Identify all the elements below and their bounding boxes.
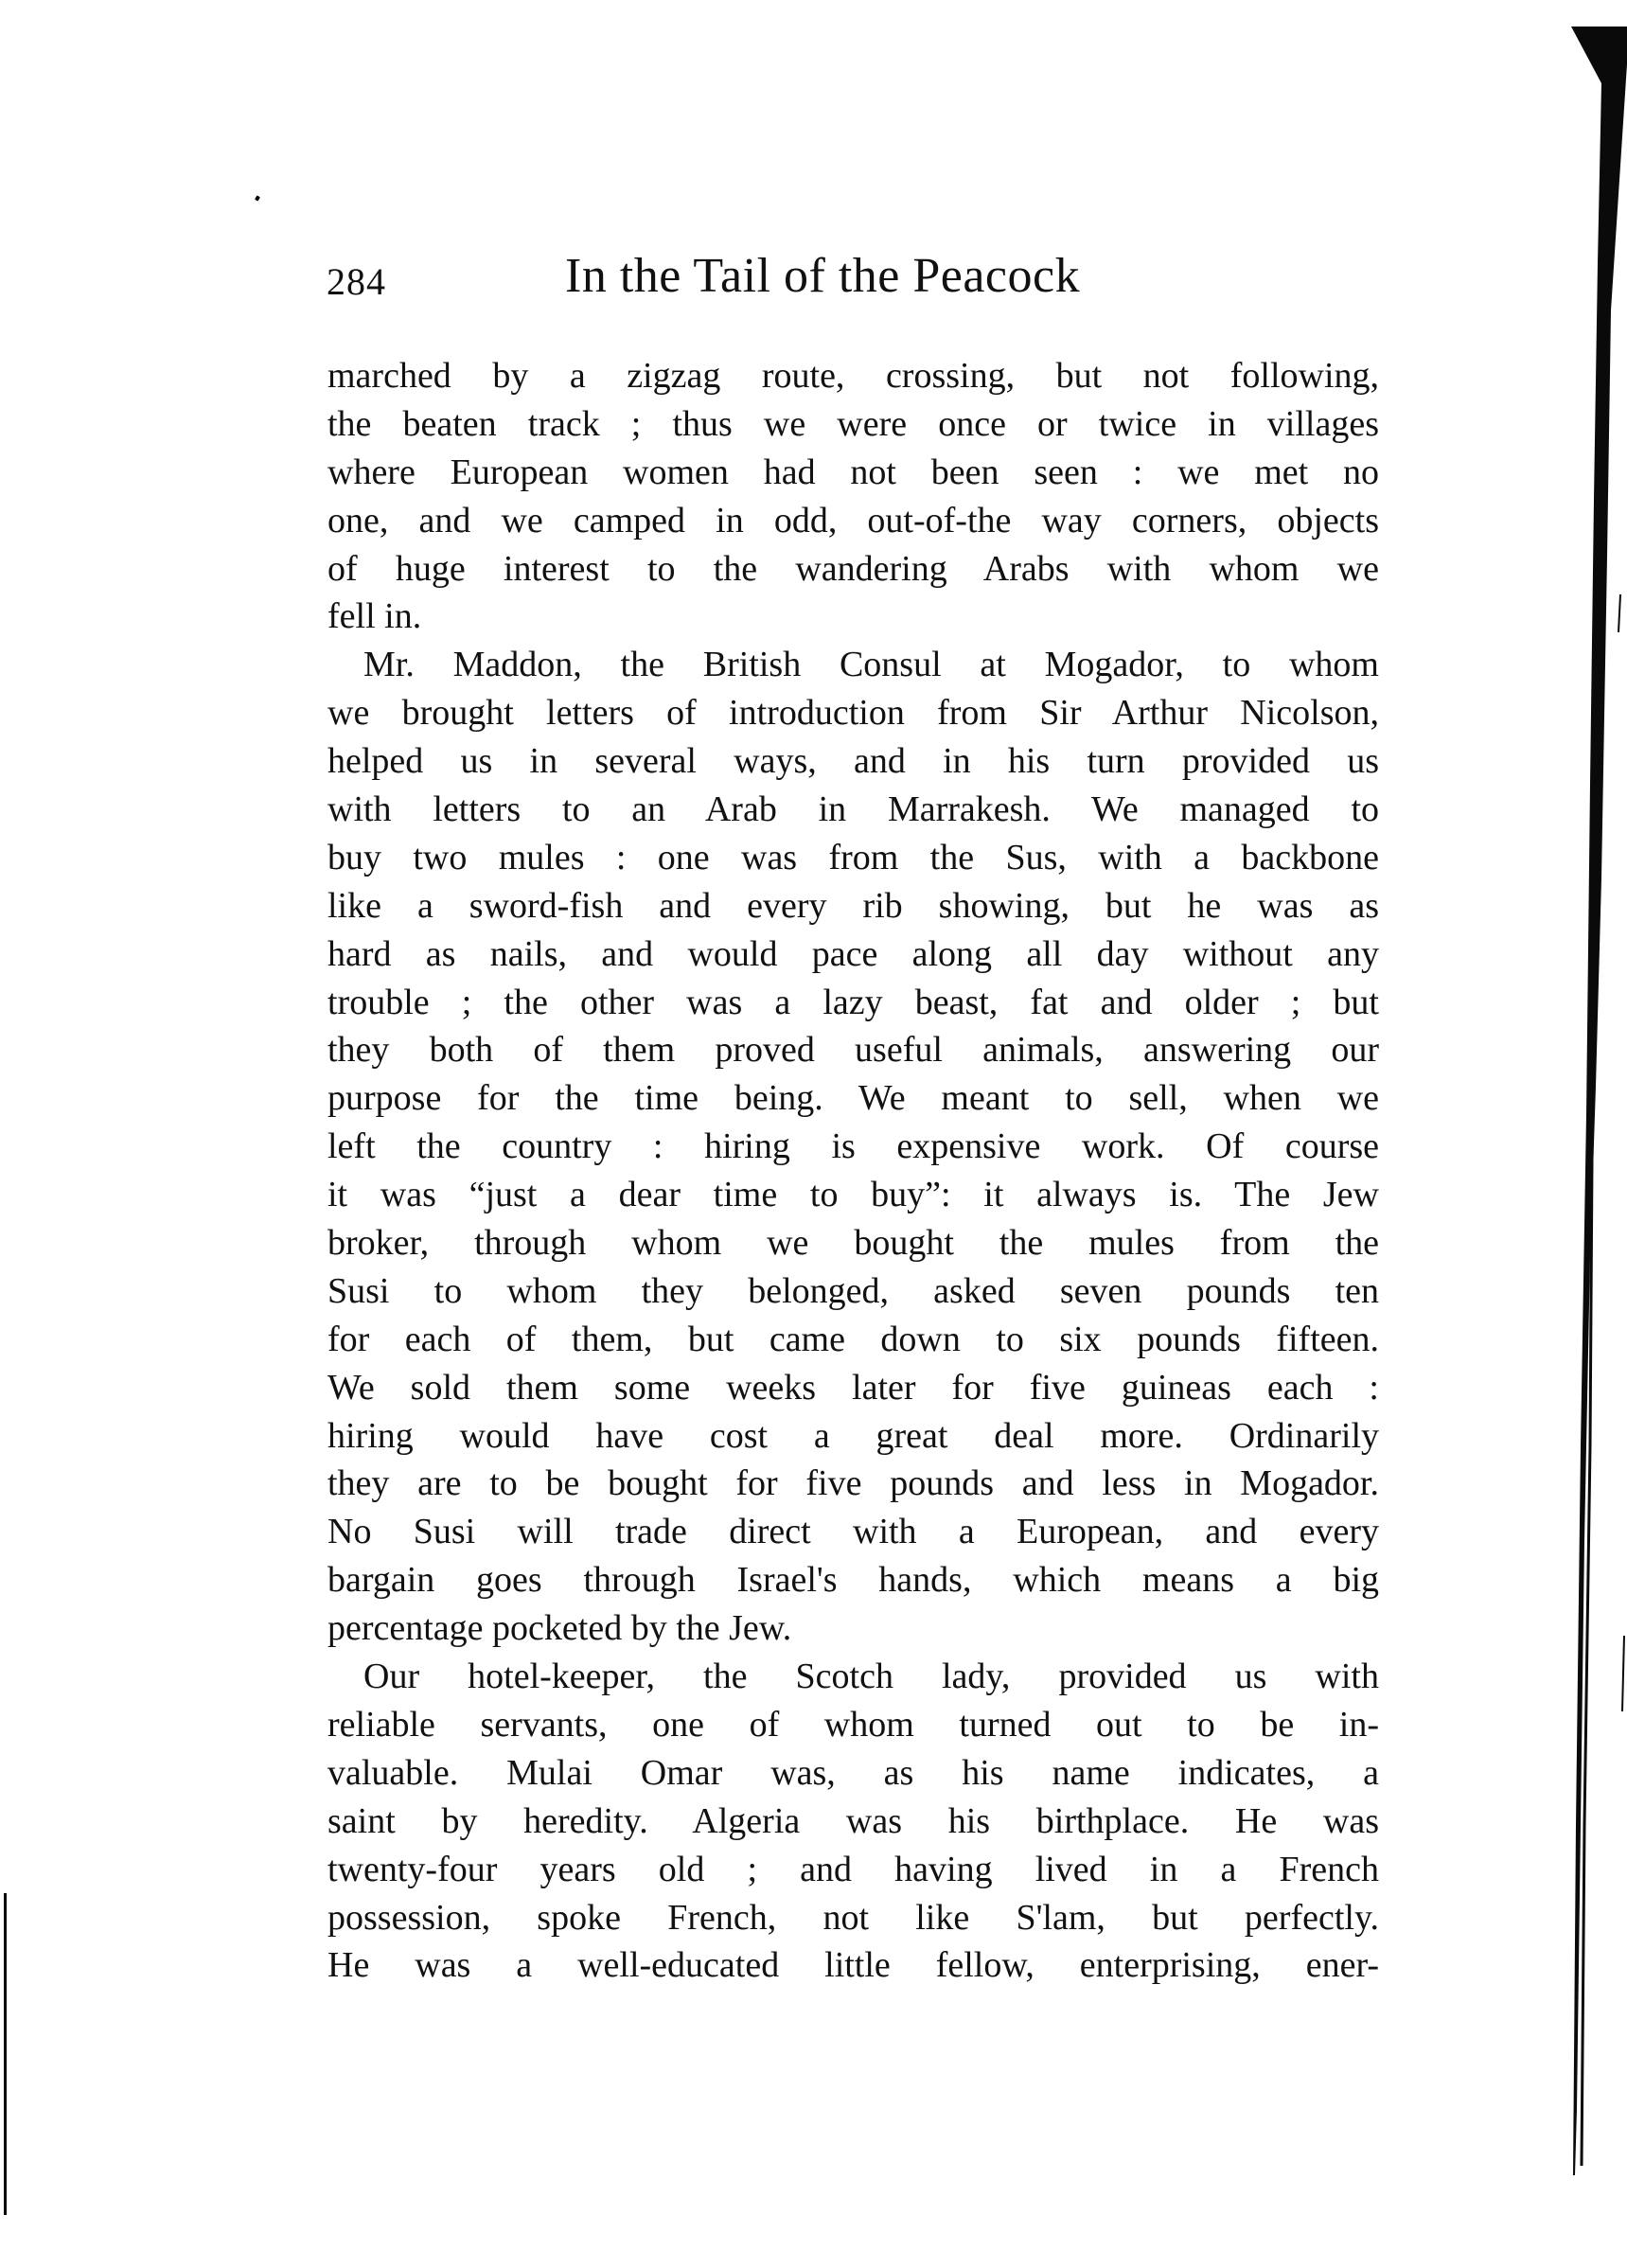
text-line: one, and we camped in odd, out-of-the wa…	[327, 497, 1379, 545]
text-line: No Susi will trade direct with a Europea…	[327, 1508, 1379, 1556]
text-line: reliable servants, one of whom turned ou…	[327, 1701, 1379, 1749]
text-line: He was a well-educated little fellow, en…	[327, 1941, 1379, 1990]
text-line: possession, spoke French, not like S'lam…	[327, 1894, 1379, 1942]
binding-shadow-edge	[1552, 27, 1627, 2175]
text-line: Our hotel-keeper, the Scotch lady, provi…	[327, 1653, 1379, 1701]
text-line: marched by a zigzag route, crossing, but…	[327, 352, 1379, 400]
text-line: trouble ; the other was a lazy beast, fa…	[327, 979, 1379, 1027]
text-line: where European women had not been seen :…	[327, 449, 1379, 497]
text-line: hard as nails, and would pace along all …	[327, 930, 1379, 979]
book-page: 284 In the Tail of the Peacock marched b…	[0, 0, 1627, 2268]
text-line: broker, through whom we bought the mules…	[327, 1219, 1379, 1267]
text-line: buy two mules : one was from the Sus, wi…	[327, 834, 1379, 882]
page-header: 284 In the Tail of the Peacock	[327, 248, 1379, 314]
scan-edge-line	[4, 1893, 7, 2215]
text-line: Susi to whom they belonged, asked seven …	[327, 1267, 1379, 1316]
text-line: with letters to an Arab in Marrakesh. We…	[327, 786, 1379, 834]
text-line: helped us in several ways, and in his tu…	[327, 737, 1379, 786]
text-line: bargain goes through Israel's hands, whi…	[327, 1556, 1379, 1604]
text-line: percentage pocketed by the Jew.	[327, 1604, 1379, 1653]
text-line: it was “just a dear time to buy”: it alw…	[327, 1171, 1379, 1219]
running-title: In the Tail of the Peacock	[565, 248, 1080, 304]
text-line: purpose for the time being. We meant to …	[327, 1074, 1379, 1123]
text-line: twenty-four years old ; and having lived…	[327, 1846, 1379, 1894]
text-line: they are to be bought for five pounds an…	[327, 1460, 1379, 1508]
body-text: marched by a zigzag route, crossing, but…	[327, 352, 1379, 1990]
text-line: they both of them proved useful animals,…	[327, 1026, 1379, 1074]
text-line: We sold them some weeks later for five g…	[327, 1364, 1379, 1412]
text-line: for each of them, but came down to six p…	[327, 1316, 1379, 1364]
text-line: hiring would have cost a great deal more…	[327, 1412, 1379, 1461]
text-line: the beaten track ; thus we were once or …	[327, 400, 1379, 449]
text-line: like a sword-fish and every rib showing,…	[327, 882, 1379, 930]
page-number: 284	[327, 259, 386, 304]
text-line: we brought letters of introduction from …	[327, 689, 1379, 737]
scan-speck	[255, 195, 260, 201]
text-line: saint by heredity. Algeria was his birth…	[327, 1798, 1379, 1846]
text-line: valuable. Mulai Omar was, as his name in…	[327, 1749, 1379, 1798]
text-line: fell in.	[327, 593, 1379, 641]
text-line: Mr. Maddon, the British Consul at Mogado…	[327, 641, 1379, 689]
text-line: left the country : hiring is expensive w…	[327, 1123, 1379, 1171]
text-line: of huge interest to the wandering Arabs …	[327, 545, 1379, 594]
